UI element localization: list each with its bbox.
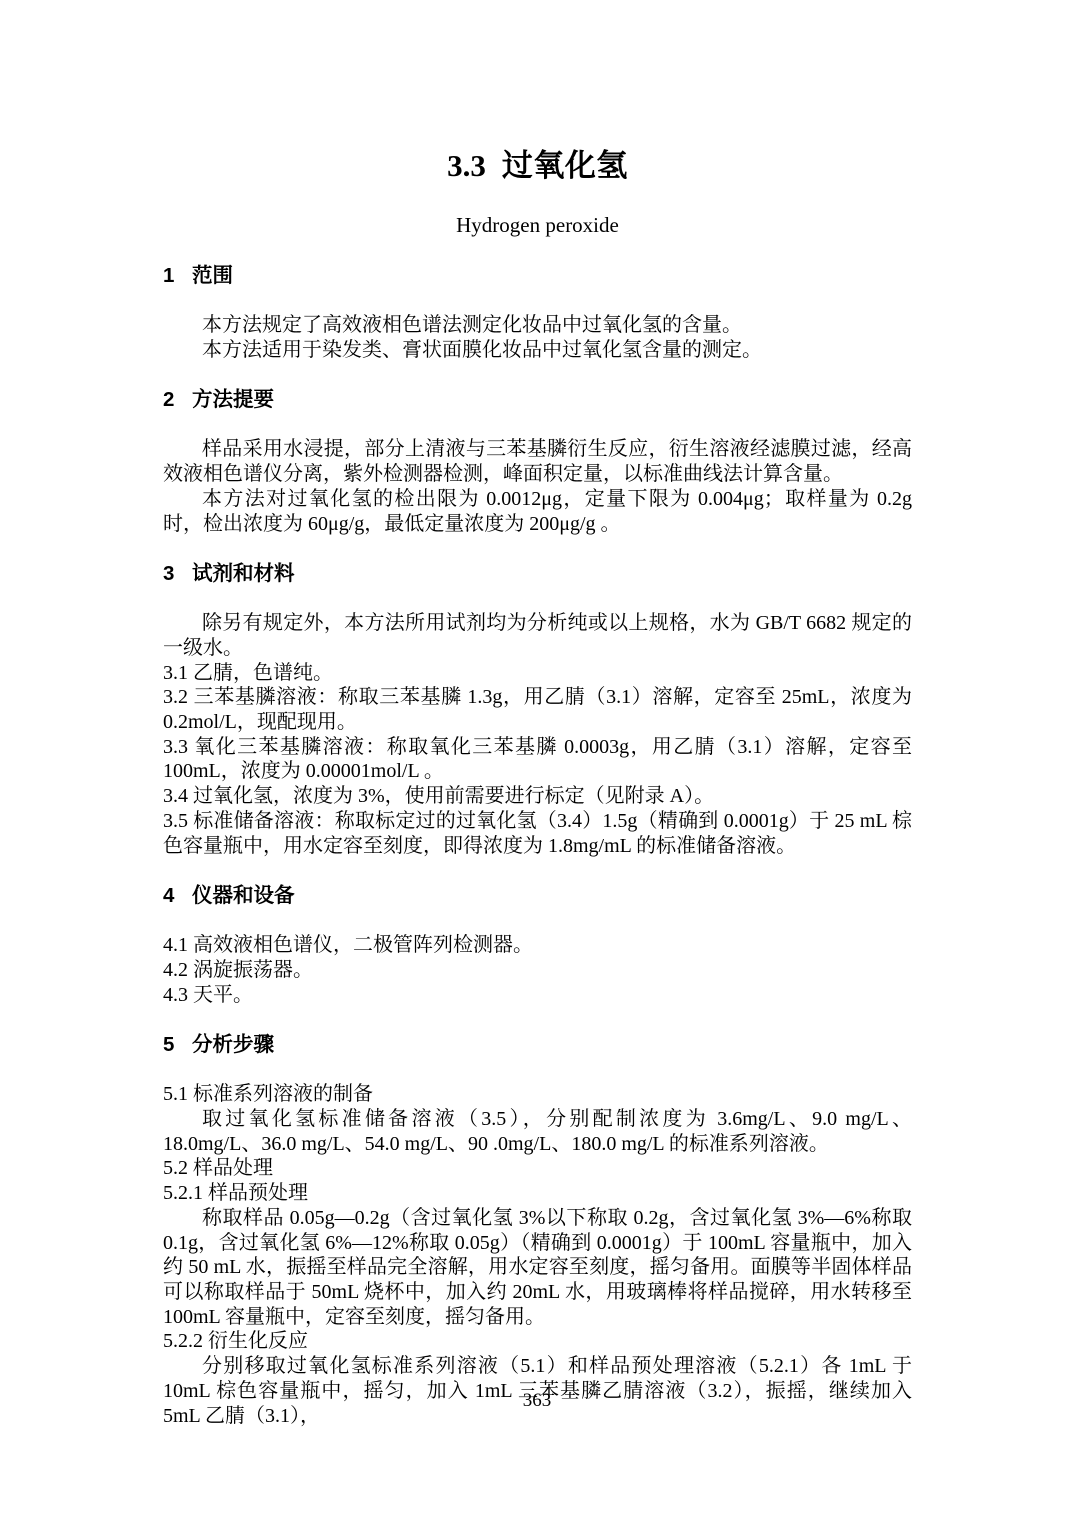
reagent-item-3-2: 3.2 三苯基膦溶液：称取三苯基膦 1.3g，用乙腈（3.1）溶解，定容至 25…: [163, 685, 912, 734]
reagents-intro: 除另有规定外，本方法所用试剂均为分析纯或以上规格，水为 GB/T 6682 规定…: [163, 611, 912, 660]
scope-paragraph-1: 本方法规定了高效液相色谱法测定化妆品中过氧化氢的含量。: [163, 313, 912, 338]
section-number: 4: [163, 883, 192, 909]
apparatus-item-4-1: 4.1 高效液相色谱仪，二极管阵列检测器。: [163, 933, 912, 958]
summary-paragraph-1: 样品采用水浸提，部分上清液与三苯基膦衍生反应，衍生溶液经滤膜过滤，经高效液相色谱…: [163, 437, 912, 486]
title-number: 3.3: [447, 148, 486, 183]
document-title: 3.3过氧化氢: [163, 148, 912, 184]
scope-paragraph-2: 本方法适用于染发类、膏状面膜化妆品中过氧化氢含量的测定。: [163, 338, 912, 363]
section-title: 方法提要: [192, 388, 274, 411]
section-title: 分析步骤: [192, 1033, 274, 1056]
document-content: 3.3过氧化氢 Hydrogen peroxide 1范围 本方法规定了高效液相…: [163, 0, 912, 1428]
reagent-item-3-5: 3.5 标准储备溶液：称取标定过的过氧化氢（3.4）1.5g（精确到 0.000…: [163, 809, 912, 858]
apparatus-item-4-2: 4.2 涡旋振荡器。: [163, 958, 912, 983]
section-title: 试剂和材料: [192, 562, 295, 585]
section-title: 仪器和设备: [192, 884, 295, 907]
summary-paragraph-2: 本方法对过氧化氢的检出限为 0.0012μg，定量下限为 0.004μg；取样量…: [163, 487, 912, 536]
section-heading-apparatus: 4仪器和设备: [163, 883, 912, 909]
section-heading-procedure: 5分析步骤: [163, 1032, 912, 1058]
procedure-5-2-2-heading: 5.2.2 衍生化反应: [163, 1329, 912, 1354]
procedure-5-1-text: 取过氧化氢标准储备溶液（3.5），分别配制浓度为 3.6mg/L、9.0 mg/…: [163, 1107, 912, 1156]
document-subtitle: Hydrogen peroxide: [163, 212, 912, 238]
reagent-item-3-1: 3.1 乙腈，色谱纯。: [163, 661, 912, 686]
procedure-5-2-1-heading: 5.2.1 样品预处理: [163, 1181, 912, 1206]
document-page: 3.3过氧化氢 Hydrogen peroxide 1范围 本方法规定了高效液相…: [0, 0, 1074, 1520]
reagent-item-3-3: 3.3 氧化三苯基膦溶液：称取氧化三苯基膦 0.0003g，用乙腈（3.1）溶解…: [163, 735, 912, 784]
section-number: 1: [163, 263, 192, 289]
section-number: 5: [163, 1032, 192, 1058]
section-heading-scope: 1范围: [163, 263, 912, 289]
page-number: 363: [0, 1390, 1074, 1412]
procedure-5-1-heading: 5.1 标准系列溶液的制备: [163, 1082, 912, 1107]
apparatus-item-4-3: 4.3 天平。: [163, 983, 912, 1008]
section-number: 2: [163, 387, 192, 413]
procedure-5-2-heading: 5.2 样品处理: [163, 1156, 912, 1181]
section-number: 3: [163, 561, 192, 587]
procedure-5-2-1-text: 称取样品 0.05g—0.2g（含过氧化氢 3%以下称取 0.2g，含过氧化氢 …: [163, 1206, 912, 1330]
section-heading-summary: 2方法提要: [163, 387, 912, 413]
section-title: 范围: [192, 264, 233, 287]
reagent-item-3-4: 3.4 过氧化氢，浓度为 3%，使用前需要进行标定（见附录 A）。: [163, 784, 912, 809]
section-heading-reagents: 3试剂和材料: [163, 561, 912, 587]
title-text: 过氧化氢: [502, 148, 628, 183]
